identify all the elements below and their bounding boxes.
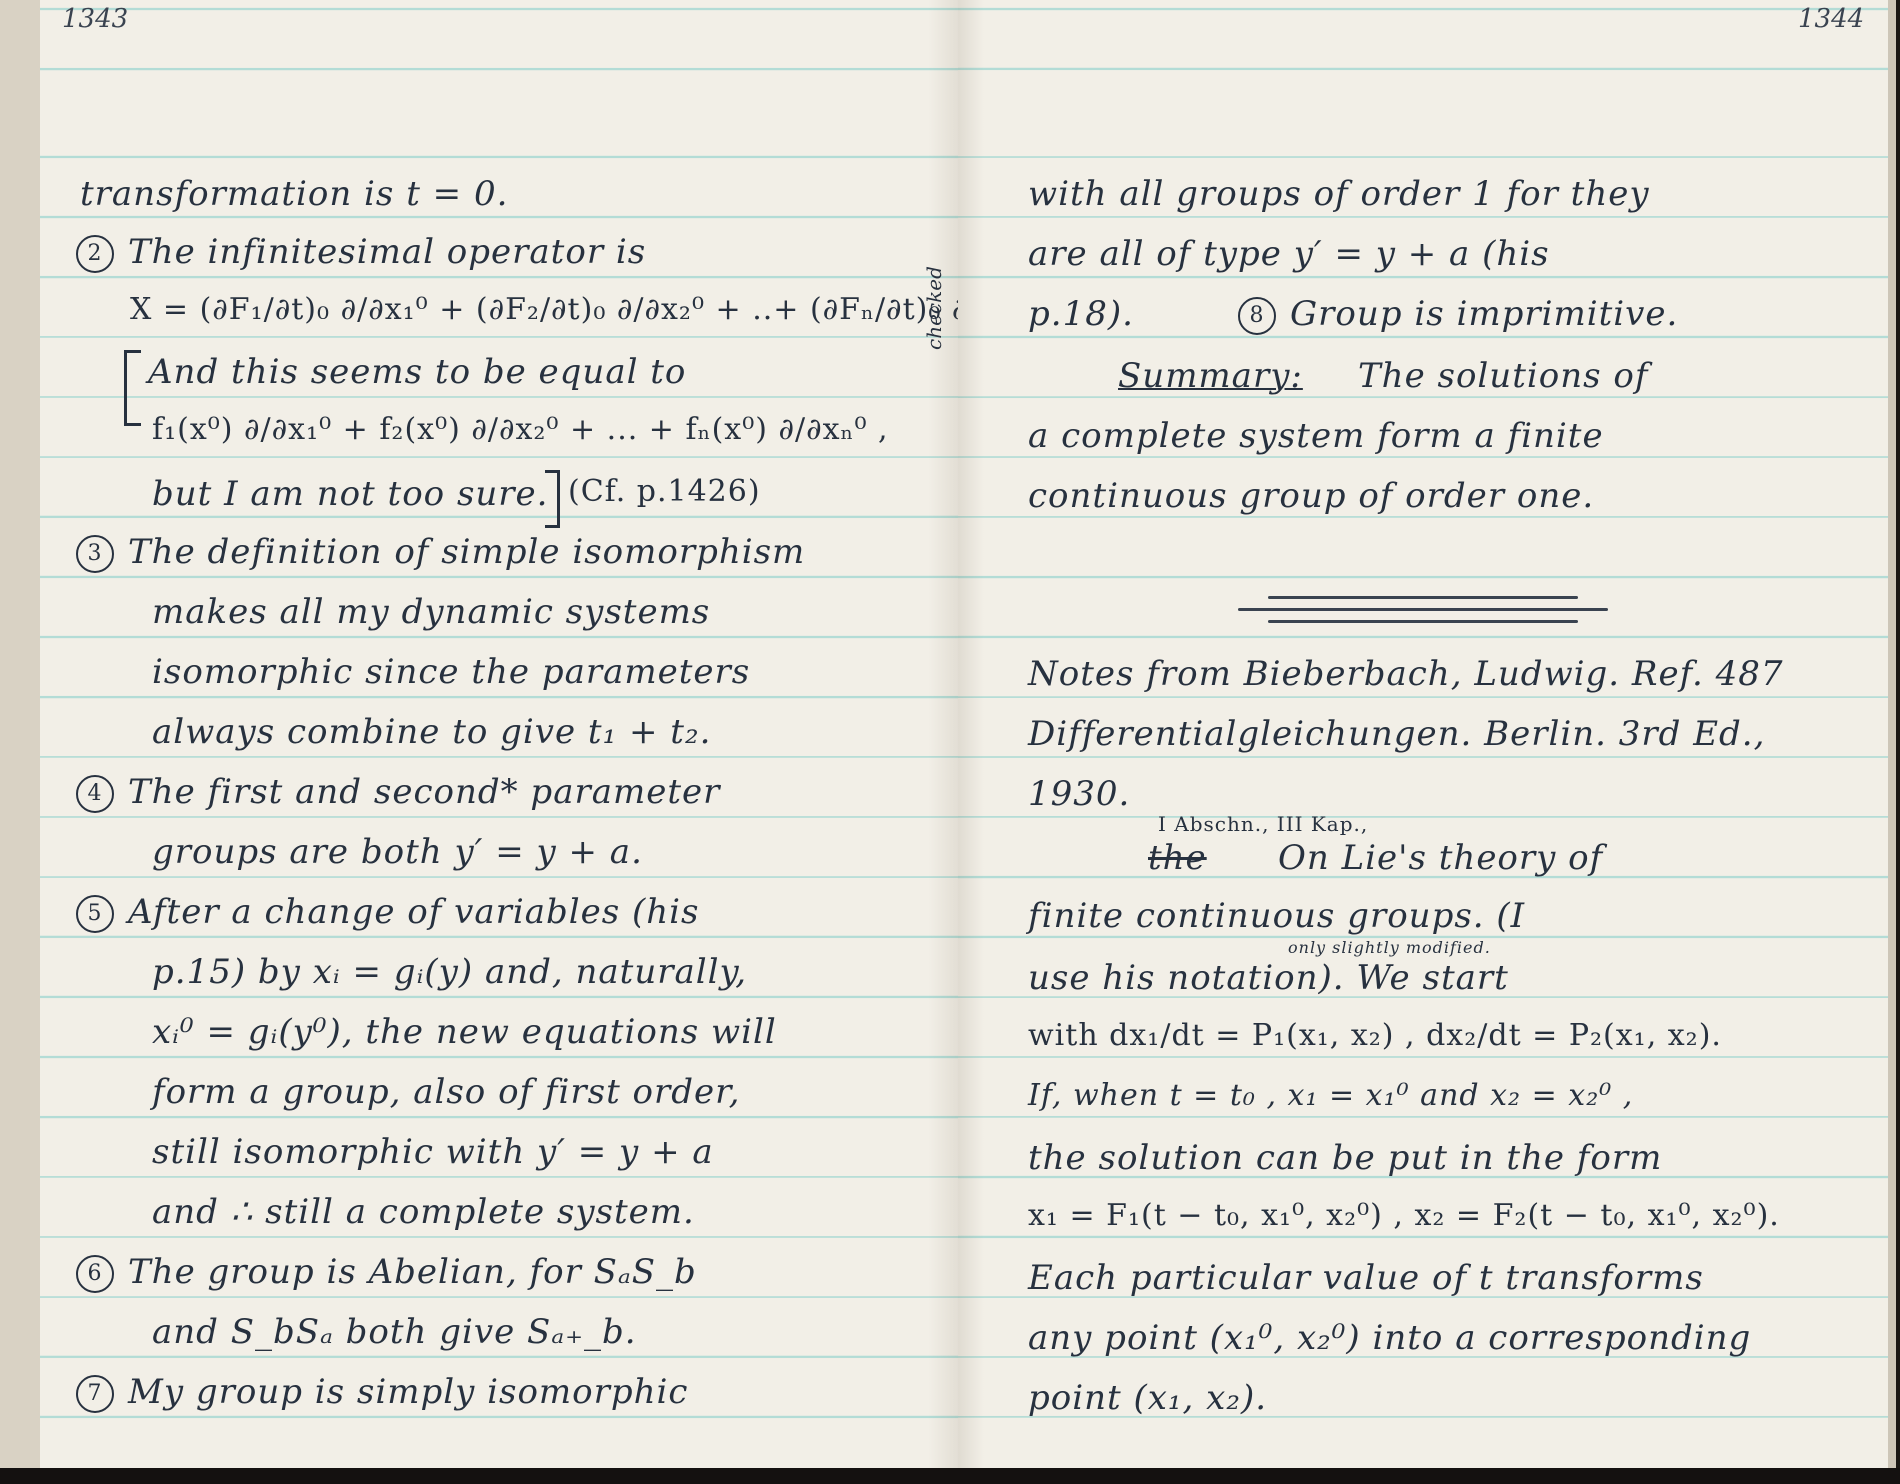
text-line: The definition of simple isomorphism <box>128 532 805 572</box>
left-page: 1343 transformation is t = 0. 2The infin… <box>0 0 958 1468</box>
page-number: 1344 <box>1798 4 1864 34</box>
text-line: are all of type y′ = y + a (his <box>1028 234 1550 274</box>
text-line: Notes from Bieberbach, Ludwig. Ref. 487 <box>1028 654 1784 694</box>
item-number-circle: 6 <box>76 1255 114 1293</box>
text-line: with all groups of order 1 for they <box>1028 174 1650 214</box>
text-line: The first and second* parameter <box>128 772 720 812</box>
numbered-item: 2The infinitesimal operator is <box>76 232 646 273</box>
text-line: makes all my dynamic systems <box>152 592 710 632</box>
right-page: 1344 with all groups of order 1 for they… <box>958 0 1896 1468</box>
item-number-circle: 3 <box>76 535 114 573</box>
text-line: The solutions of <box>1358 356 1648 396</box>
insertion-note: I Abschn., III Kap., <box>1158 812 1368 836</box>
text-line: On Lie's theory of <box>1278 838 1603 878</box>
equation-line: X = (∂F₁/∂t)₀ ∂/∂x₁⁰ + (∂F₂/∂t)₀ ∂/∂x₂⁰ … <box>130 292 958 327</box>
numbered-item: 6The group is Abelian, for SₐS_b <box>76 1252 697 1293</box>
text-line: And this seems to be equal to <box>148 352 686 392</box>
text-line: use his notation). We start <box>1028 958 1509 998</box>
text-line: p.15) by xᵢ = gᵢ(y) and, naturally, <box>152 952 747 992</box>
numbered-item: 7My group is simply isomorphic <box>76 1372 688 1413</box>
text-line: always combine to give t₁ + t₂. <box>152 712 711 752</box>
item-number-circle: 4 <box>76 775 114 813</box>
item-number-circle: 8 <box>1238 297 1276 335</box>
close-bracket <box>545 470 560 528</box>
item-number-circle: 2 <box>76 235 114 273</box>
equation-line: f₁(x⁰) ∂/∂x₁⁰ + f₂(x⁰) ∂/∂x₂⁰ + ... + fₙ… <box>152 412 889 447</box>
text-line: isomorphic since the parameters <box>152 652 750 692</box>
struck-word: the <box>1148 838 1207 878</box>
text-line: and S_bSₐ both give Sₐ₊_b. <box>152 1312 637 1352</box>
cross-reference: (Cf. p.1426) <box>568 474 761 509</box>
text-line: finite continuous groups. (I <box>1028 896 1525 936</box>
item-number-circle: 7 <box>76 1375 114 1413</box>
numbered-item: 3The definition of simple isomorphism <box>76 532 805 573</box>
numbered-item: 4The first and second* parameter <box>76 772 720 813</box>
open-bracket <box>124 350 141 426</box>
numbered-item: 5After a change of variables (his <box>76 892 700 933</box>
text-line: transformation is t = 0. <box>80 174 508 214</box>
margin-note: checked <box>922 266 946 350</box>
text-line: After a change of variables (his <box>128 892 700 932</box>
summary-heading: Summary: <box>1118 356 1303 396</box>
text-line: form a group, also of first order, <box>152 1072 741 1112</box>
text-line: The group is Abelian, for SₐS_b <box>128 1252 697 1292</box>
text-line: point (x₁, x₂). <box>1028 1378 1267 1418</box>
equation-line: with dx₁/dt = P₁(x₁, x₂) , dx₂/dt = P₂(x… <box>1028 1018 1722 1053</box>
text-line: 1930. <box>1028 774 1130 814</box>
text-line: a complete system form a finite <box>1028 416 1604 456</box>
text-line: xᵢ⁰ = gᵢ(y⁰), the new equations will <box>152 1012 777 1052</box>
equation-line: If, when t = t₀ , x₁ = x₁⁰ and x₂ = x₂⁰ … <box>1028 1078 1633 1113</box>
insertion-note: only slightly modified. <box>1288 938 1491 957</box>
item-number-circle: 5 <box>76 895 114 933</box>
text-line: the solution can be put in the form <box>1028 1138 1662 1178</box>
text-line: The infinitesimal operator is <box>128 232 646 272</box>
text-line: groups are both y′ = y + a. <box>152 832 643 872</box>
text-line: still isomorphic with y′ = y + a <box>152 1132 714 1172</box>
book-bottom-edge <box>0 1468 1900 1484</box>
text-line: Each particular value of t transforms <box>1028 1258 1704 1298</box>
text-line: Differentialgleichungen. Berlin. 3rd Ed.… <box>1028 714 1765 754</box>
text-line: My group is simply isomorphic <box>128 1372 688 1412</box>
text-line: any point (x₁⁰, x₂⁰) into a correspondin… <box>1028 1318 1751 1358</box>
text-line: but I am not too sure. <box>152 474 548 514</box>
numbered-item: 8Group is imprimitive. <box>1238 294 1678 335</box>
text-line: and ∴ still a complete system. <box>152 1192 695 1232</box>
equation-line: x₁ = F₁(t − t₀, x₁⁰, x₂⁰) , x₂ = F₂(t − … <box>1028 1198 1780 1233</box>
text-line: continuous group of order one. <box>1028 476 1594 516</box>
page-number: 1343 <box>62 4 128 34</box>
text-line-content: with all groups of order 1 for they <box>1028 174 1650 214</box>
text-line: p.18). <box>1028 294 1134 334</box>
section-divider <box>1238 596 1608 632</box>
text-line: Group is imprimitive. <box>1290 294 1678 334</box>
